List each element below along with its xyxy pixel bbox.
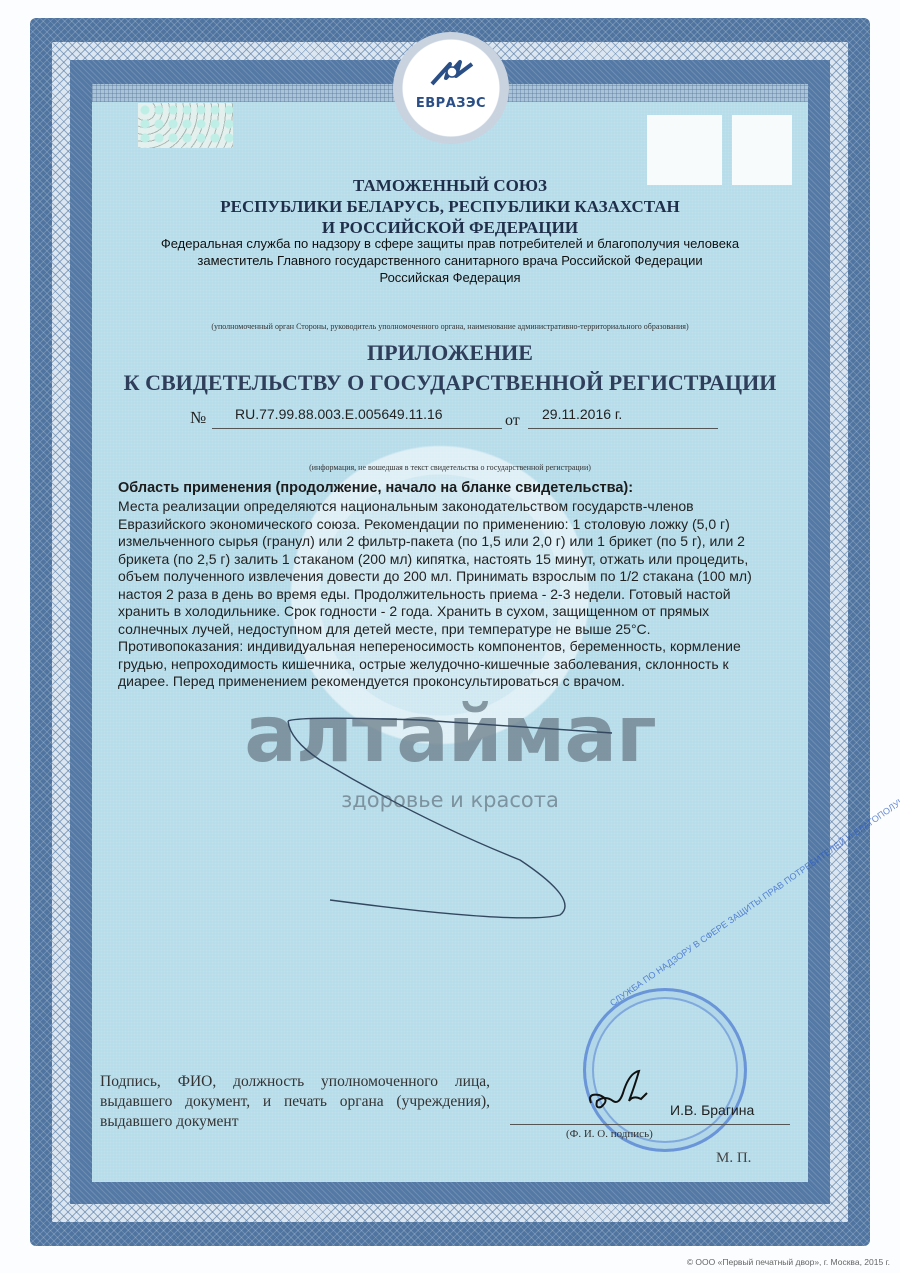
appendix-title-line: К СВИДЕТЕЛЬСТВУ О ГОСУДАРСТВЕННОЙ РЕГИСТ… (92, 368, 808, 398)
scope-line: объем полученного извлечения довести до … (118, 568, 798, 586)
union-line: ТАМОЖЕННЫЙ СОЮЗ (92, 175, 808, 196)
scope-line: диарее. Перед применением рекомендуется … (118, 673, 798, 691)
registration-number: RU.77.99.88.003.E.005649.11.16 (235, 406, 443, 422)
info-caption: (информация, не вошедшая в текст свидете… (92, 463, 808, 472)
scope-line: хранить в холодильнике. Срок годности - … (118, 603, 798, 621)
number-underline (212, 428, 502, 429)
signature-caption: Подпись, ФИО, должность уполномоченного … (100, 1072, 490, 1132)
watermark-tagline: здоровье и красота (92, 788, 808, 812)
customs-union-heading: ТАМОЖЕННЫЙ СОЮЗ РЕСПУБЛИКИ БЕЛАРУСЬ, РЕС… (92, 175, 808, 238)
date-prefix: от (505, 412, 520, 430)
seal-place-mark: М. П. (716, 1150, 751, 1167)
number-sign: № (190, 408, 206, 428)
registration-number-row: № RU.77.99.88.003.E.005649.11.16 от 29.1… (190, 404, 750, 430)
scope-line: брикета (по 2,5 г) залить 1 стаканом (20… (118, 551, 798, 569)
hologram-sticker (138, 103, 233, 148)
scope-line: солнечных лучей, недоступном для детей м… (118, 621, 798, 639)
signature-icon (585, 1065, 665, 1115)
scope-line: Места реализации определяются национальн… (118, 498, 798, 516)
scope-line: измельченного сырья (гранул) или 2 фильт… (118, 533, 798, 551)
agency-line: Федеральная служба по надзору в сфере за… (92, 235, 808, 252)
registration-date: 29.11.2016 г. (542, 406, 622, 422)
scope-line: Противопоказания: индивидуальная неперен… (118, 638, 798, 656)
appendix-title-line: ПРИЛОЖЕНИЕ (92, 338, 808, 368)
signatory-name: И.В. Брагина (670, 1102, 754, 1118)
scope-body: Места реализации определяются национальн… (118, 498, 798, 691)
agency-block: Федеральная служба по надзору в сфере за… (92, 235, 808, 286)
scope-line: Евразийского экономического союза. Реком… (118, 516, 798, 534)
emblem-label: ЕВРАЗЭС (393, 96, 509, 111)
union-line: РЕСПУБЛИКИ БЕЛАРУСЬ, РЕСПУБЛИКИ КАЗАХСТА… (92, 196, 808, 217)
appendix-title: ПРИЛОЖЕНИЕ К СВИДЕТЕЛЬСТВУ О ГОСУДАРСТВЕ… (92, 338, 808, 398)
date-underline (528, 428, 718, 429)
eurasec-logo-icon (430, 58, 474, 88)
fio-caption: (Ф. И. О. подпись) (566, 1128, 653, 1140)
signature-underline (510, 1124, 790, 1125)
authority-caption: (уполномоченный орган Стороны, руководит… (92, 322, 808, 331)
eurasec-emblem (393, 32, 509, 144)
scope-line: настоя 2 раза в день во время еды. Продо… (118, 586, 798, 604)
printer-footer: © ООО «Первый печатный двор», г. Москва,… (600, 1257, 890, 1267)
agency-line: Российская Федерация (92, 269, 808, 286)
scope-heading: Область применения (продолжение, начало … (118, 480, 633, 496)
watermark-brand: алтаймаг (92, 690, 808, 780)
agency-line: заместитель Главного государственного са… (92, 252, 808, 269)
scope-line: грудью, непроходимость кишечника, острые… (118, 656, 798, 674)
